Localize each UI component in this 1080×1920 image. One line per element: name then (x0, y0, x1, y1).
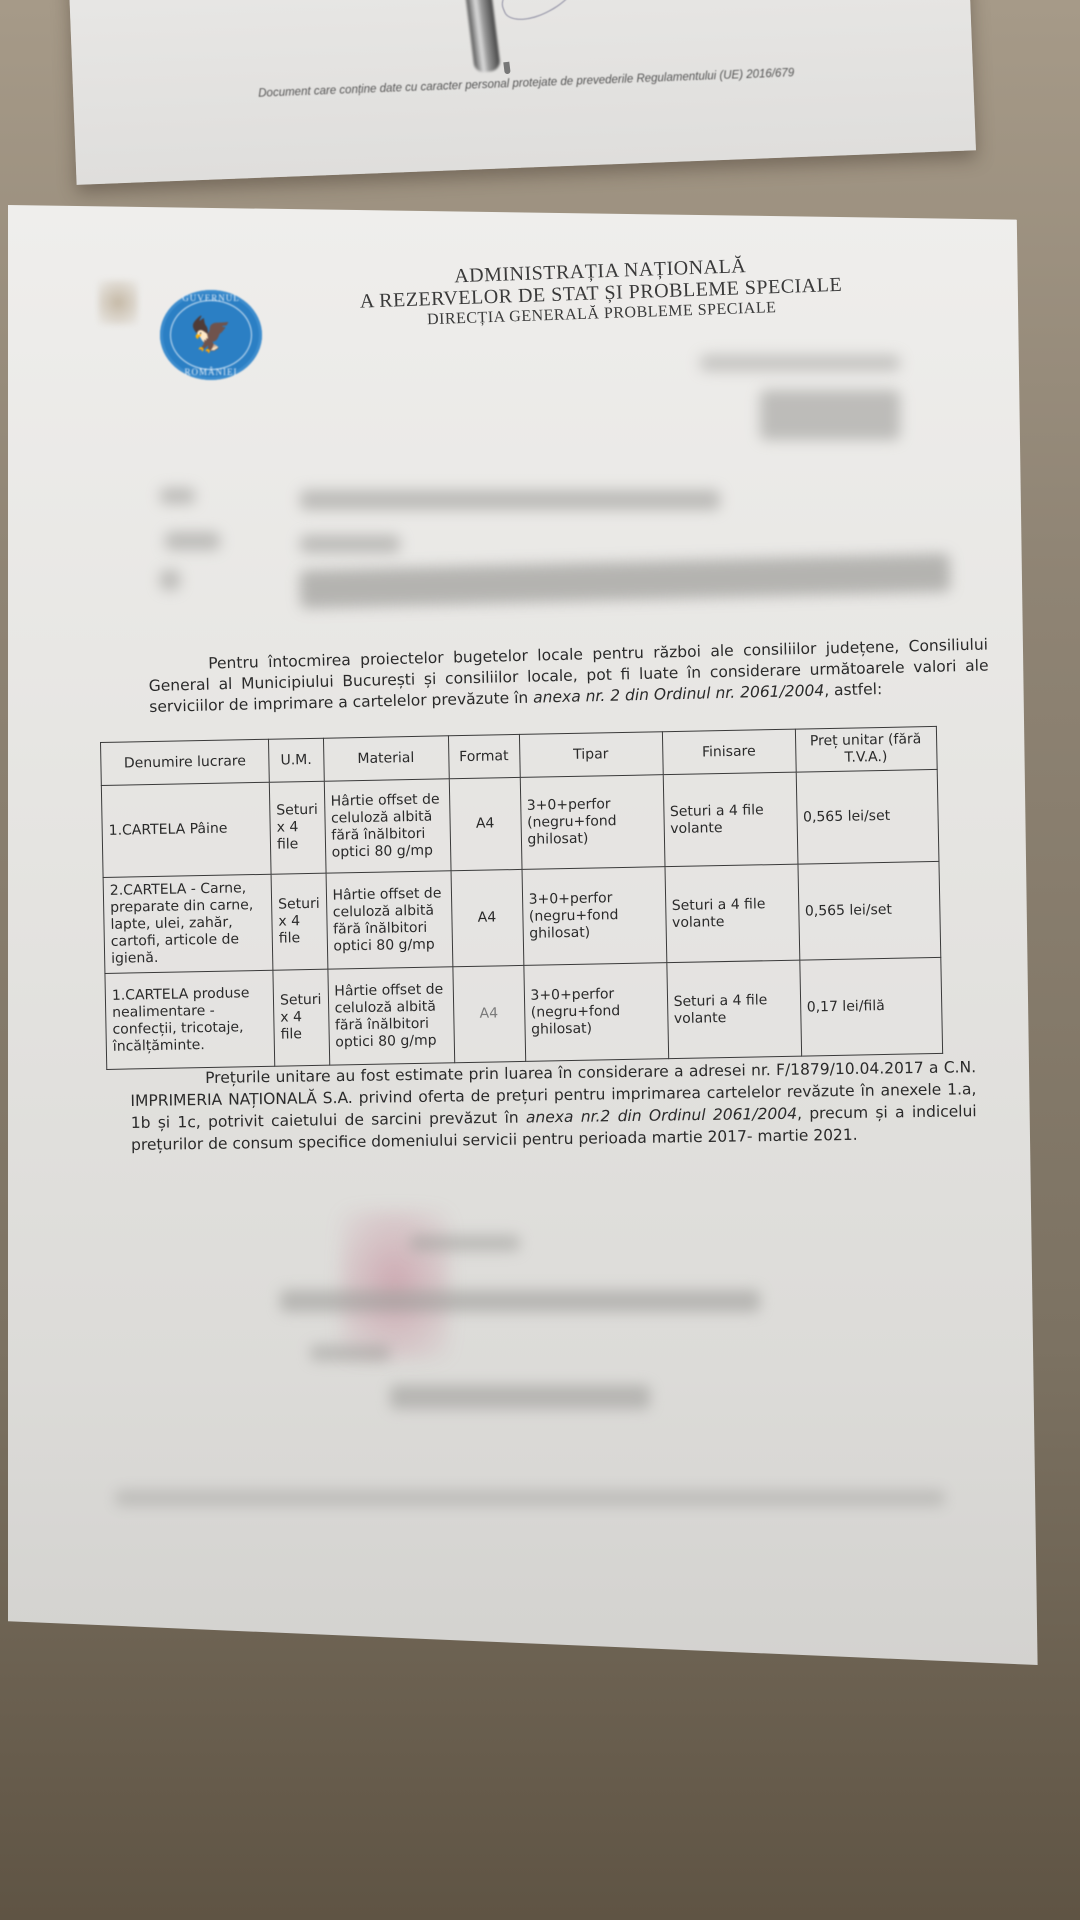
emblem-ring (170, 300, 252, 370)
redacted-value-2 (300, 535, 400, 553)
cell-finisare: Seturi a 4 file volante (663, 772, 798, 867)
cell-pret: 0,565 lei/set (796, 769, 939, 864)
cell-pret: 0,17 lei/filă (799, 957, 942, 1056)
redacted-label-1 (160, 488, 195, 504)
price-table: Denumire lucrare U.M. Material Format Ti… (100, 726, 943, 1070)
header-material: Material (323, 736, 449, 781)
pen-tip-icon (503, 62, 510, 75)
paper-stain (98, 280, 138, 325)
table-row: 2.CARTELA - Carne, preparate din carne, … (103, 861, 940, 973)
table-row: 1.CARTELA Pâine Seturi x 4 file Hârtie o… (101, 769, 938, 877)
emblem-top-text: GUVERNUL (160, 293, 262, 303)
price-table-container: Denumire lucrare U.M. Material Format Ti… (100, 726, 943, 1070)
redacted-signatory-line-2 (280, 1290, 760, 1312)
redacted-label-2 (165, 532, 220, 550)
redacted-signatory-line-1 (410, 1235, 520, 1251)
intro-text-end: , astfel: (824, 680, 882, 699)
cell-name: 1.CARTELA produse nealimentare - confecț… (105, 970, 275, 1069)
cell-pret: 0,565 lei/set (797, 861, 940, 960)
emblem-bottom-text: ROMÂNIEI (160, 367, 262, 377)
cell-format: A4 (452, 965, 525, 1062)
table-row: 1.CARTELA produse nealimentare - confecț… (105, 957, 942, 1069)
header-denumire: Denumire lucrare (101, 739, 270, 785)
redacted-label-3 (160, 570, 180, 590)
header-tipar: Tipar (519, 732, 663, 778)
header-format: Format (448, 734, 520, 778)
cell-format: A4 (449, 777, 522, 870)
cell-um: Seturi x 4 file (269, 781, 325, 874)
cell-tipar: 3+0+perfor (negru+fond ghilosat) (520, 775, 665, 870)
gdpr-footer-note: Document care conține date cu caracter p… (258, 67, 794, 100)
closing-legal-reference: anexa nr.2 din Ordinul 2061/2004 (526, 1105, 797, 1127)
header-um: U.M. (268, 738, 323, 782)
cell-material: Hârtie offset de celuloză albită fără în… (324, 779, 451, 873)
redacted-value-1 (300, 490, 720, 510)
cell-name: 2.CARTELA - Carne, preparate din carne, … (103, 874, 273, 973)
header-pret: Preț unitar (fără T.V.A.) (795, 726, 937, 772)
cell-finisare: Seturi a 4 file volante (665, 864, 800, 963)
cell-tipar: 3+0+perfor (negru+fond ghilosat) (523, 963, 668, 1062)
cell-finisare: Seturi a 4 file volante (666, 960, 801, 1059)
cell-um: Seturi x 4 file (273, 969, 329, 1066)
cell-name: 1.CARTELA Pâine (101, 782, 271, 877)
cell-tipar: 3+0+perfor (negru+fond ghilosat) (522, 867, 667, 966)
cell-um: Seturi x 4 file (271, 873, 327, 970)
header-finisare: Finisare (662, 729, 796, 775)
cell-material: Hârtie offset de celuloză albită fără în… (327, 967, 454, 1065)
cell-material: Hârtie offset de celuloză albită fără în… (326, 871, 453, 969)
redacted-registration (760, 390, 900, 440)
cell-format: A4 (451, 869, 524, 966)
redacted-signatory-name (390, 1385, 650, 1409)
redacted-footer-address (115, 1490, 945, 1506)
redacted-signatory-line-3 (310, 1345, 390, 1361)
official-stamp (340, 1210, 450, 1360)
closing-paragraph: Prețurile unitare au fost estimate prin … (130, 1056, 977, 1156)
government-emblem: GUVERNUL 🦅 ROMÂNIEI (160, 290, 262, 380)
redacted-reference-number (700, 355, 900, 371)
top-document-sheet: Document care conține date cu caracter p… (68, 0, 976, 185)
signature-scribble (495, 0, 587, 28)
